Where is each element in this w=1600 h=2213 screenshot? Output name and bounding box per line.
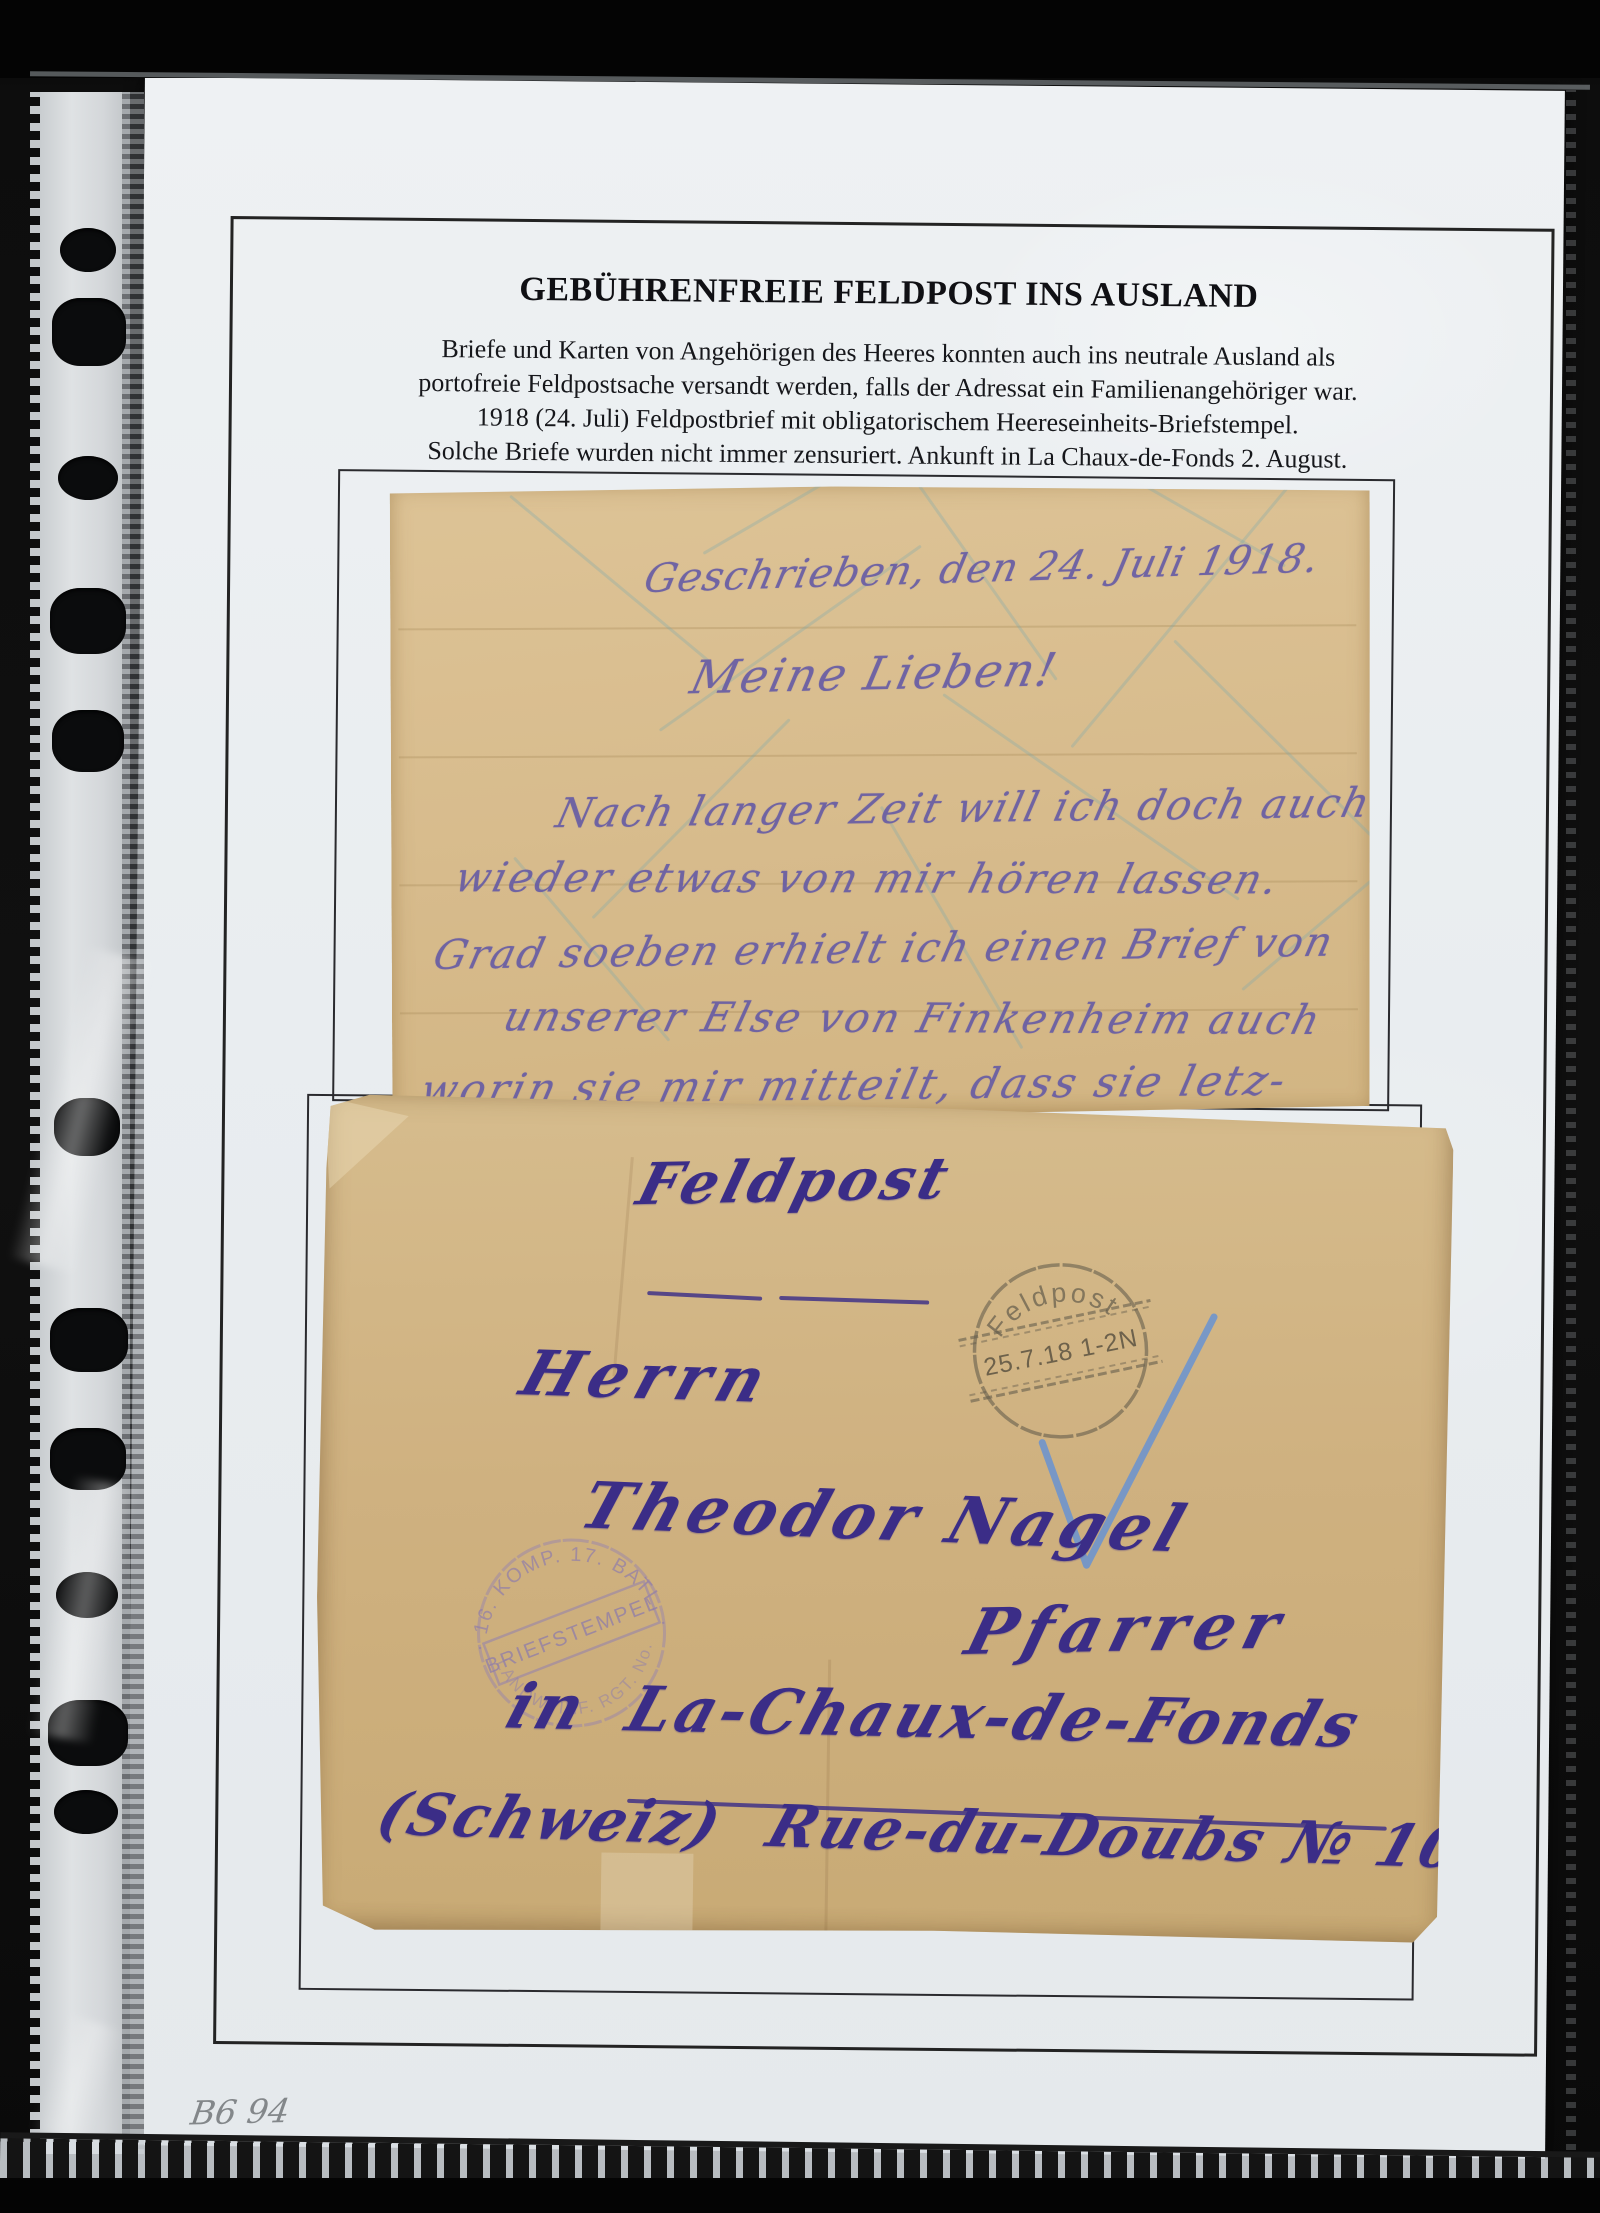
letter-sheet: Geschrieben, den 24. Juli 1918. Meine Li… — [390, 484, 1373, 1116]
letter-body-line: unserer Else von Finkenheim auch — [499, 992, 1328, 1044]
letter-salutation: Meine Lieben! — [686, 642, 1064, 704]
address-salutation: Herrn — [512, 1336, 782, 1416]
address-country: (Schweiz) — [369, 1780, 732, 1858]
envelope: Feldpost 25.7.18 1-2N · 16. KOMP. 17. BA… — [312, 1093, 1454, 1947]
description-paragraph: Briefe und Karten von Angehörigen des He… — [201, 330, 1574, 479]
letter-body-line: Nach langer Zeit will ich doch auch — [552, 779, 1377, 838]
background-top-band — [0, 0, 1600, 78]
pencil-annotation: B6 94 — [188, 2091, 292, 2132]
sleeve-seam — [122, 92, 144, 2154]
envelope-feldpost-label: Feldpost — [630, 1144, 959, 1218]
ruled-line — [399, 752, 1357, 758]
album-page: GEBÜHRENFREIE FELDPOST INS AUSLAND Brief… — [125, 77, 1565, 2159]
letter-date-line: Geschrieben, den 24. Juli 1918. — [640, 536, 1324, 603]
letter-body-line: wieder etwas von mir hören lassen. — [450, 853, 1285, 903]
sleeve-right-edge — [1566, 90, 1576, 2150]
letter-body-line: Grad soeben erhielt ich einen Brief von — [429, 918, 1339, 979]
address-title: Pfarrer — [958, 1589, 1296, 1670]
photographed-album-page: GEBÜHRENFREIE FELDPOST INS AUSLAND Brief… — [0, 0, 1600, 2213]
ruled-line — [398, 624, 1356, 630]
background-bottom-band — [0, 2178, 1600, 2213]
